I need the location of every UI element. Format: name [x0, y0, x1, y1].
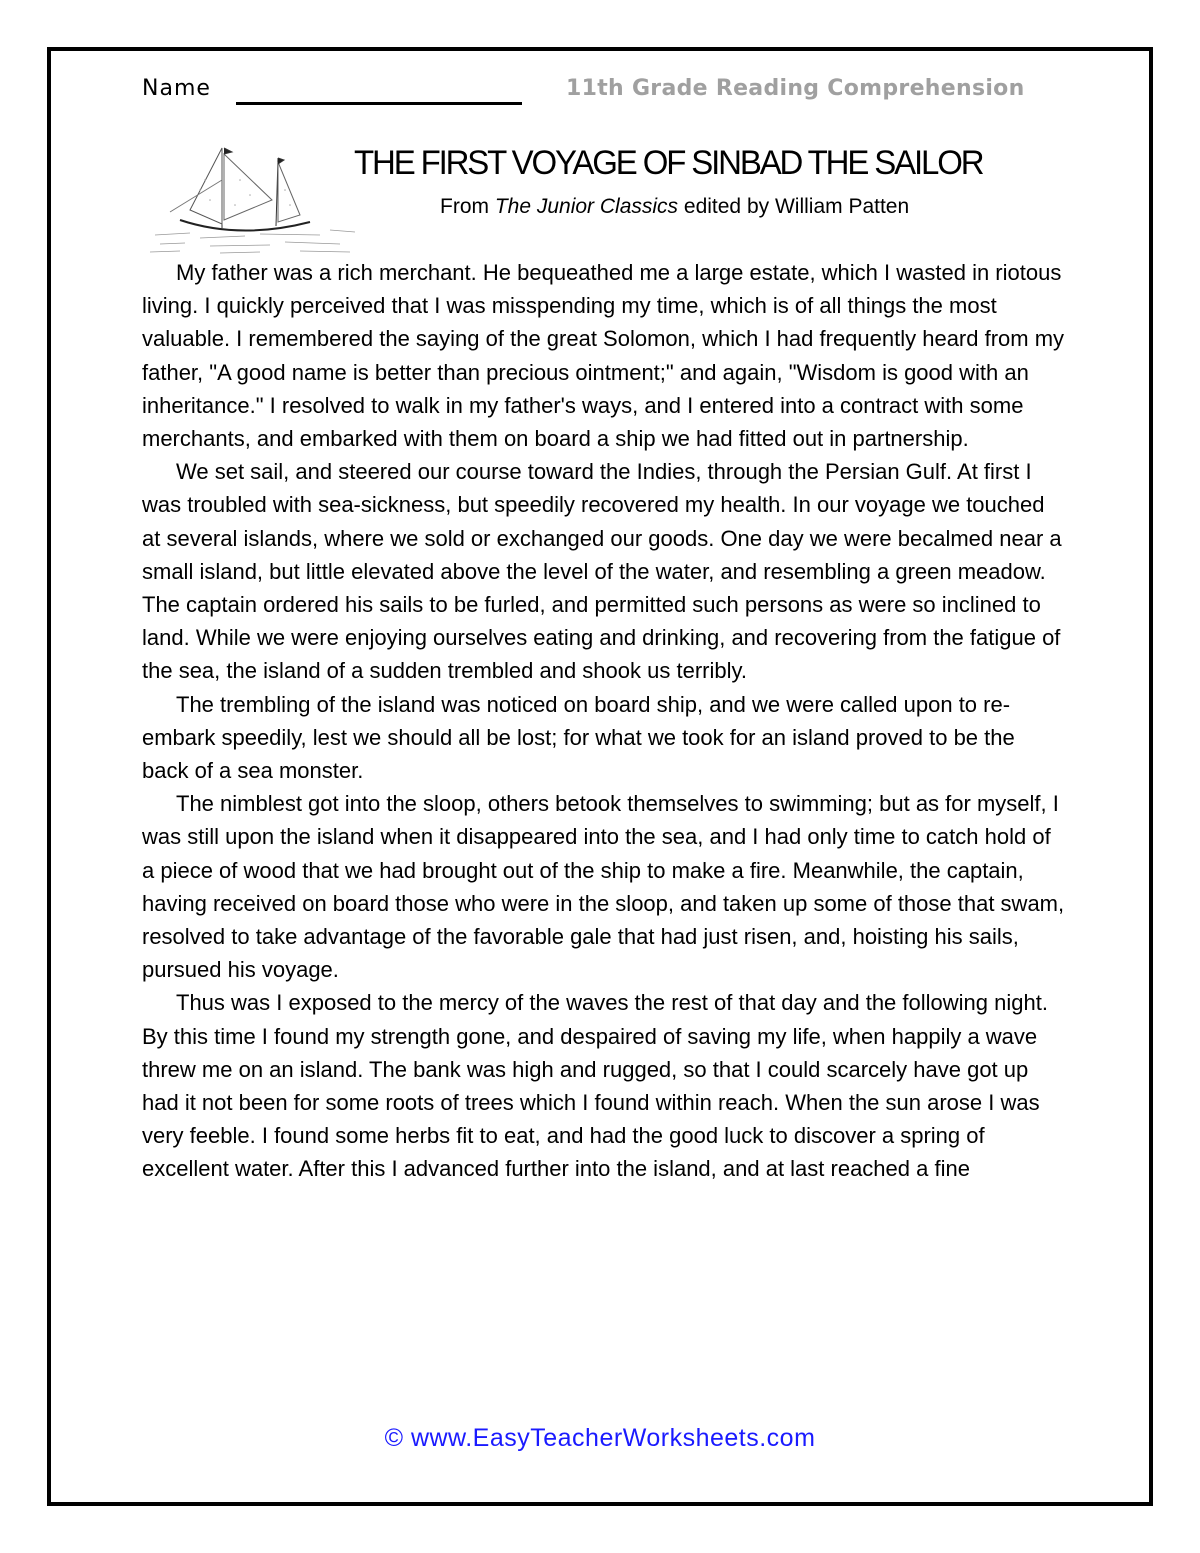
book-title: The Junior Classics [495, 195, 678, 218]
source-prefix: From [440, 195, 495, 218]
sailing-ship-icon [150, 140, 360, 255]
story-title: THE FIRST VOYAGE OF SINBAD THE SAILOR [354, 144, 982, 183]
paragraph: The trembling of the island was noticed … [142, 688, 1067, 788]
footer-copyright-link[interactable]: © www.EasyTeacherWorksheets.com [0, 1424, 1200, 1453]
paragraph: My father was a rich merchant. He bequea… [142, 256, 1067, 455]
paragraph: We set sail, and steered our course towa… [142, 455, 1067, 687]
paragraph: The nimblest got into the sloop, others … [142, 787, 1067, 986]
story-body: My father was a rich merchant. He bequea… [142, 256, 1067, 1186]
source-suffix: edited by William Patten [678, 195, 909, 218]
paragraph: Thus was I exposed to the mercy of the w… [142, 986, 1067, 1185]
subject-heading: 11th Grade Reading Comprehension [566, 76, 1025, 101]
name-label: Name [142, 76, 211, 101]
name-blank-line [236, 102, 522, 105]
source-citation: From The Junior Classics edited by Willi… [440, 195, 909, 219]
